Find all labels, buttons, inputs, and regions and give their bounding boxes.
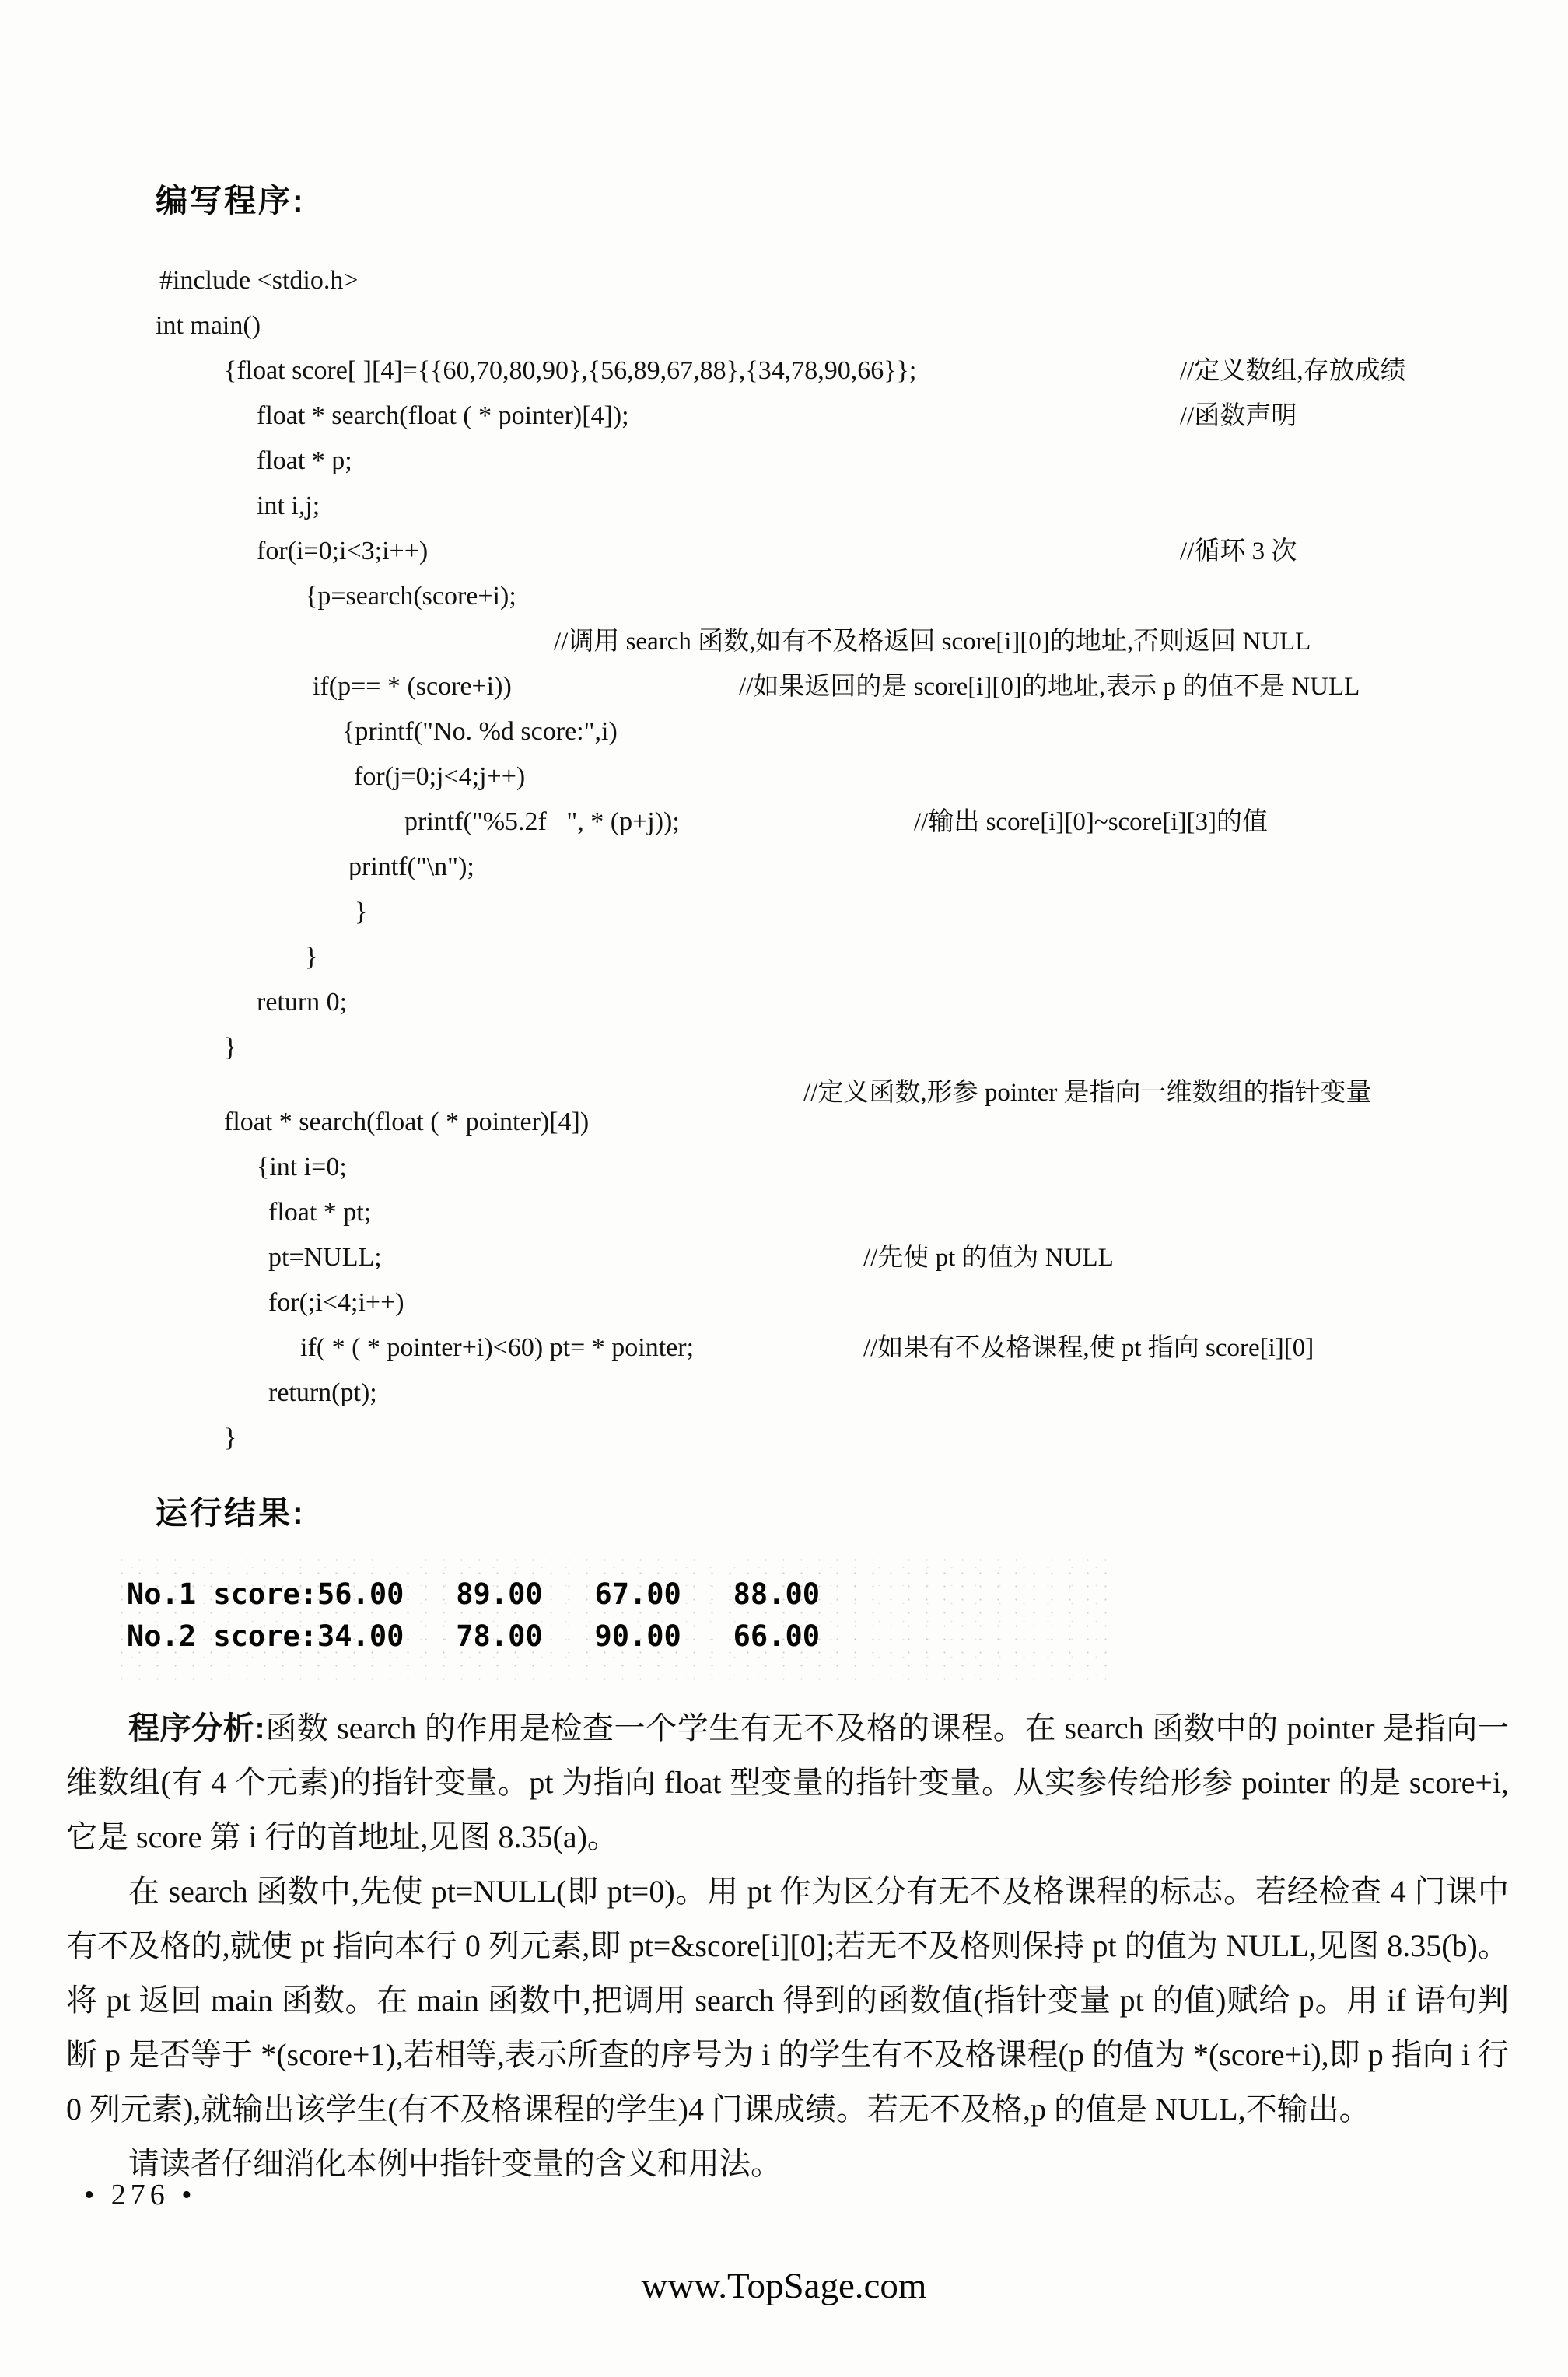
analysis-lead: 程序分析: xyxy=(128,1711,265,1745)
code-line: printf("%5.2f ", * (p+j));//输出 score[i][… xyxy=(66,800,1509,845)
code-line: {p=search(score+i); xyxy=(66,574,1509,619)
code-text: printf("%5.2f ", * (p+j)); xyxy=(66,800,680,845)
textbook-page: 编写程序: #include <stdio.h>int main(){float… xyxy=(0,0,1568,2377)
code-line: return(pt); xyxy=(66,1371,1509,1416)
run-result-section: 运行结果: xyxy=(66,1487,1509,1533)
code-text: for(;i<4;i++) xyxy=(66,1280,404,1325)
analysis-paragraph-2: 在 search 函数中,先使 pt=NULL(即 pt=0)。用 pt 作为区… xyxy=(66,1864,1509,2137)
code-text: printf("\n"); xyxy=(66,845,474,890)
code-line: if( * ( * pointer+i)<60) pt= * pointer;/… xyxy=(66,1325,1509,1371)
code-line: } xyxy=(66,1416,1509,1461)
code-line: //调用 search 函数,如有不及格返回 score[i][0]的地址,否则… xyxy=(66,619,1509,664)
code-comment: //如果有不及格课程,使 pt 指向 score[i][0] xyxy=(863,1325,1314,1371)
code-comment: //循环 3 次 xyxy=(1180,529,1297,574)
code-comment: //定义函数,形参 pointer 是指向一维数组的指针变量 xyxy=(803,1070,1372,1145)
code-line: int i,j; xyxy=(66,484,1509,529)
code-line: pt=NULL;//先使 pt 的值为 NULL xyxy=(66,1235,1509,1280)
code-line: {printf("No. %d score:",i) xyxy=(66,709,1509,754)
code-line: int main() xyxy=(66,303,1509,348)
code-comment: //如果返回的是 score[i][0]的地址,表示 p 的值不是 NULL xyxy=(739,664,1360,709)
code-text: {int i=0; xyxy=(66,1145,347,1190)
code-line: } xyxy=(66,890,1509,935)
code-text: } xyxy=(66,935,317,980)
code-text: float * search(float ( * pointer)[4]); xyxy=(66,394,629,439)
code-text: float * p; xyxy=(66,439,352,484)
code-line: for(i=0;i<3;i++)//循环 3 次 xyxy=(66,529,1509,574)
code-text: return 0; xyxy=(66,980,347,1025)
code-comment: //输出 score[i][0]~score[i][3]的值 xyxy=(914,800,1268,845)
code-text: {p=search(score+i); xyxy=(66,574,516,619)
code-line: float * search(float ( * pointer)[4]);//… xyxy=(66,394,1509,439)
code-text: } xyxy=(66,890,367,935)
code-line: for(j=0;j<4;j++) xyxy=(66,754,1509,800)
code-text: #include <stdio.h> xyxy=(66,258,359,303)
code-text: {float score[ ][4]={{60,70,80,90},{56,89… xyxy=(66,348,916,394)
analysis-paragraph-3: 请读者仔细消化本例中指针变量的含义和用法。 xyxy=(66,2137,1509,2191)
analysis-paragraph-1: 程序分析:函数 search 的作用是检查一个学生有无不及格的课程。在 sear… xyxy=(66,1701,1509,1864)
analysis-paragraph-1-text: 函数 search 的作用是检查一个学生有无不及格的课程。在 search 函数… xyxy=(66,1710,1509,1854)
code-text: if(p== * (score+i)) xyxy=(66,664,512,709)
code-line: {int i=0; xyxy=(66,1145,1509,1190)
code-comment: //先使 pt 的值为 NULL xyxy=(863,1235,1114,1280)
code-text: } xyxy=(66,1025,236,1070)
code-text: {printf("No. %d score:",i) xyxy=(66,709,618,754)
code-line: printf("\n"); xyxy=(66,845,1509,890)
code-text: return(pt); xyxy=(66,1371,377,1416)
console-line: No.2 score:34.00 78.00 90.00 66.00 xyxy=(127,1616,1107,1658)
code-comment: //函数声明 xyxy=(1180,394,1297,439)
code-comment: //定义数组,存放成绩 xyxy=(1180,348,1406,394)
console-output: No.1 score:56.00 89.00 67.00 88.00No.2 s… xyxy=(113,1553,1115,1681)
code-text: if( * ( * pointer+i)<60) pt= * pointer; xyxy=(66,1325,694,1371)
code-line: float * search(float ( * pointer)[4])//定… xyxy=(66,1070,1509,1145)
code-line: return 0; xyxy=(66,980,1509,1025)
code-line: float * p; xyxy=(66,439,1509,484)
code-text: } xyxy=(66,1416,236,1461)
code-text: float * pt; xyxy=(66,1190,371,1235)
code-line: for(;i<4;i++) xyxy=(66,1280,1509,1325)
footer-url: www.TopSage.com xyxy=(0,2265,1568,2307)
code-line: } xyxy=(66,935,1509,980)
code-comment: //调用 search 函数,如有不及格返回 score[i][0]的地址,否则… xyxy=(554,619,1311,664)
console-line: No.1 score:56.00 89.00 67.00 88.00 xyxy=(127,1574,1107,1616)
code-text: int main() xyxy=(66,303,261,348)
page-content: 编写程序: #include <stdio.h>int main(){float… xyxy=(66,175,1509,2191)
code-text: for(i=0;i<3;i++) xyxy=(66,529,428,574)
code-block: #include <stdio.h>int main(){float score… xyxy=(66,258,1509,1461)
code-line: float * pt; xyxy=(66,1190,1509,1235)
code-line: } xyxy=(66,1025,1509,1070)
code-text: int i,j; xyxy=(66,484,320,529)
run-result-heading: 运行结果: xyxy=(156,1487,1509,1533)
code-text: float * search(float ( * pointer)[4]) xyxy=(66,1100,589,1145)
write-program-heading: 编写程序: xyxy=(156,175,1509,221)
code-line: #include <stdio.h> xyxy=(66,258,1509,303)
page-number: • 276 • xyxy=(84,2178,197,2212)
code-text: for(j=0;j<4;j++) xyxy=(66,754,525,800)
code-text: pt=NULL; xyxy=(66,1235,382,1280)
code-line: {float score[ ][4]={{60,70,80,90},{56,89… xyxy=(66,348,1509,394)
program-analysis: 程序分析:函数 search 的作用是检查一个学生有无不及格的课程。在 sear… xyxy=(66,1701,1509,2191)
code-line: if(p== * (score+i))//如果返回的是 score[i][0]的… xyxy=(66,664,1509,709)
